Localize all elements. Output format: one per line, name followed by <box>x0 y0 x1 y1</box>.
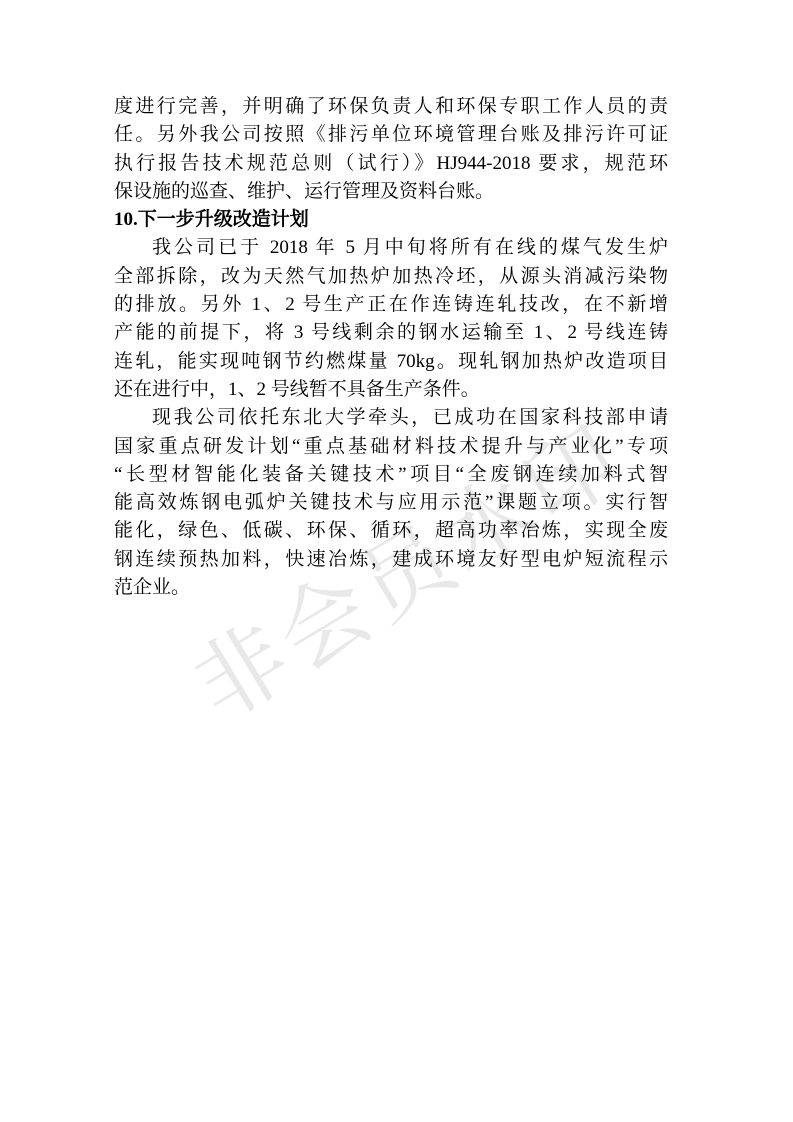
text-line: 连轧，能实现吨钢节约燃煤量 70kg。现轧钢加热炉改造项目 <box>114 348 668 376</box>
text-line: 能高效炼钢电弧炉关键技术与应用示范”课题立项。实行智 <box>114 489 668 517</box>
text-line: 还在进行中，1、2 号线暂不具备生产条件。 <box>114 376 668 404</box>
text-line: 全部拆除，改为天然气加热炉加热冷坯，从源头消减污染物 <box>114 263 668 291</box>
text-line: 度进行完善，并明确了环保负责人和环保专职工作人员的责 <box>114 93 668 121</box>
paragraph: 度进行完善，并明确了环保负责人和环保专职工作人员的责任。另外我公司按照《排污单位… <box>114 93 668 206</box>
text-line: “长型材智能化装备关键技术”项目“全废钢连续加料式智 <box>114 461 668 489</box>
paragraph: 我公司已于 2018 年 5 月中旬将所有在线的煤气发生炉全部拆除，改为天然气加… <box>114 234 668 404</box>
paragraph: 现我公司依托东北大学牵头，已成功在国家科技部申请国家重点研发计划“重点基础材料技… <box>114 404 668 602</box>
text-line: 产能的前提下，将 3 号线剩余的钢水运输至 1、2 号线连铸 <box>114 319 668 347</box>
text-line: 10.下一步升级改造计划 <box>114 206 668 234</box>
text-line: 现我公司依托东北大学牵头，已成功在国家科技部申请 <box>114 404 668 432</box>
text-line: 国家重点研发计划“重点基础材料技术提升与产业化”专项 <box>114 433 668 461</box>
text-line: 任。另外我公司按照《排污单位环境管理台账及排污许可证 <box>114 121 668 149</box>
document-page: 非会员水印 度进行完善，并明确了环保负责人和环保专职工作人员的责任。另外我公司按… <box>0 0 793 1122</box>
text-line: 的排放。另外 1、2 号生产正在作连铸连轧技改，在不新增 <box>114 291 668 319</box>
text-line: 能化，绿色、低碳、环保、循环，超高功率冶炼，实现全废 <box>114 517 668 545</box>
text-line: 钢连续预热加料，快速冶炼，建成环境友好型电炉短流程示 <box>114 546 668 574</box>
text-line: 保设施的巡查、维护、运行管理及资料台账。 <box>114 178 668 206</box>
text-line: 我公司已于 2018 年 5 月中旬将所有在线的煤气发生炉 <box>114 234 668 262</box>
text-line: 范企业。 <box>114 574 668 602</box>
document-body: 度进行完善，并明确了环保负责人和环保专职工作人员的责任。另外我公司按照《排污单位… <box>114 93 668 602</box>
text-line: 执行报告技术规范总则（试行）》HJ944-2018 要求，规范环 <box>114 150 668 178</box>
section-heading: 10.下一步升级改造计划 <box>114 206 668 234</box>
